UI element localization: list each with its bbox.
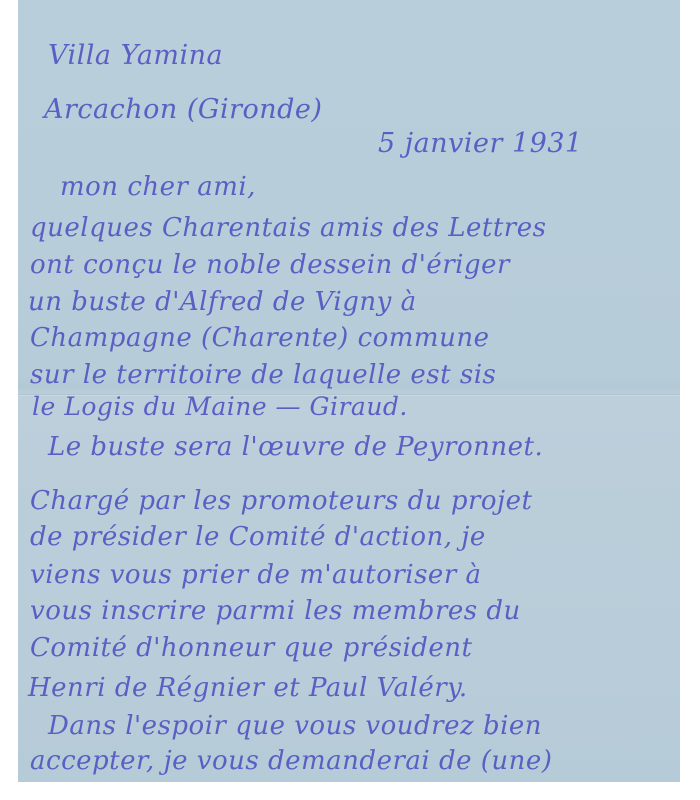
letter-line: sur le territoire de laquelle est sis [30,360,496,390]
letter-line: vous inscrire parmi les membres du [30,596,521,626]
letter-line: Le buste sera l'œuvre de Peyronnet. [48,432,543,462]
letter-line: de présider le Comité d'action, je [30,522,486,552]
letter-line: un buste d'Alfred de Vigny à [28,287,417,317]
letter-line: Dans l'espoir que vous voudrez bien [48,711,542,741]
letter-line: le Logis du Maine — Giraud. [32,392,408,421]
letter-line: accepter, je vous demanderai de (une) [30,746,552,776]
letter-line: viens vous prier de m'autoriser à [30,560,482,590]
letter-date: 5 janvier 1931 [378,128,583,159]
letter-heading-place: Villa Yamina [48,40,223,71]
letter-line: quelques Charentais amis des Lettres [30,213,546,243]
letter-salutation: mon cher ami, [60,172,256,202]
letter-line: Champagne (Charente) commune [30,323,489,353]
letter-paper: Villa Yamina Arcachon (Gironde) 5 janvie… [18,0,680,782]
letter-heading-city: Arcachon (Gironde) [44,94,322,125]
letter-line: Comité d'honneur que président [30,633,473,663]
letter-line: ont conçu le noble dessein d'ériger [30,250,510,280]
letter-line: Chargé par les promoteurs du projet [30,486,532,516]
letter-line: Henri de Régnier et Paul Valéry. [28,673,468,703]
